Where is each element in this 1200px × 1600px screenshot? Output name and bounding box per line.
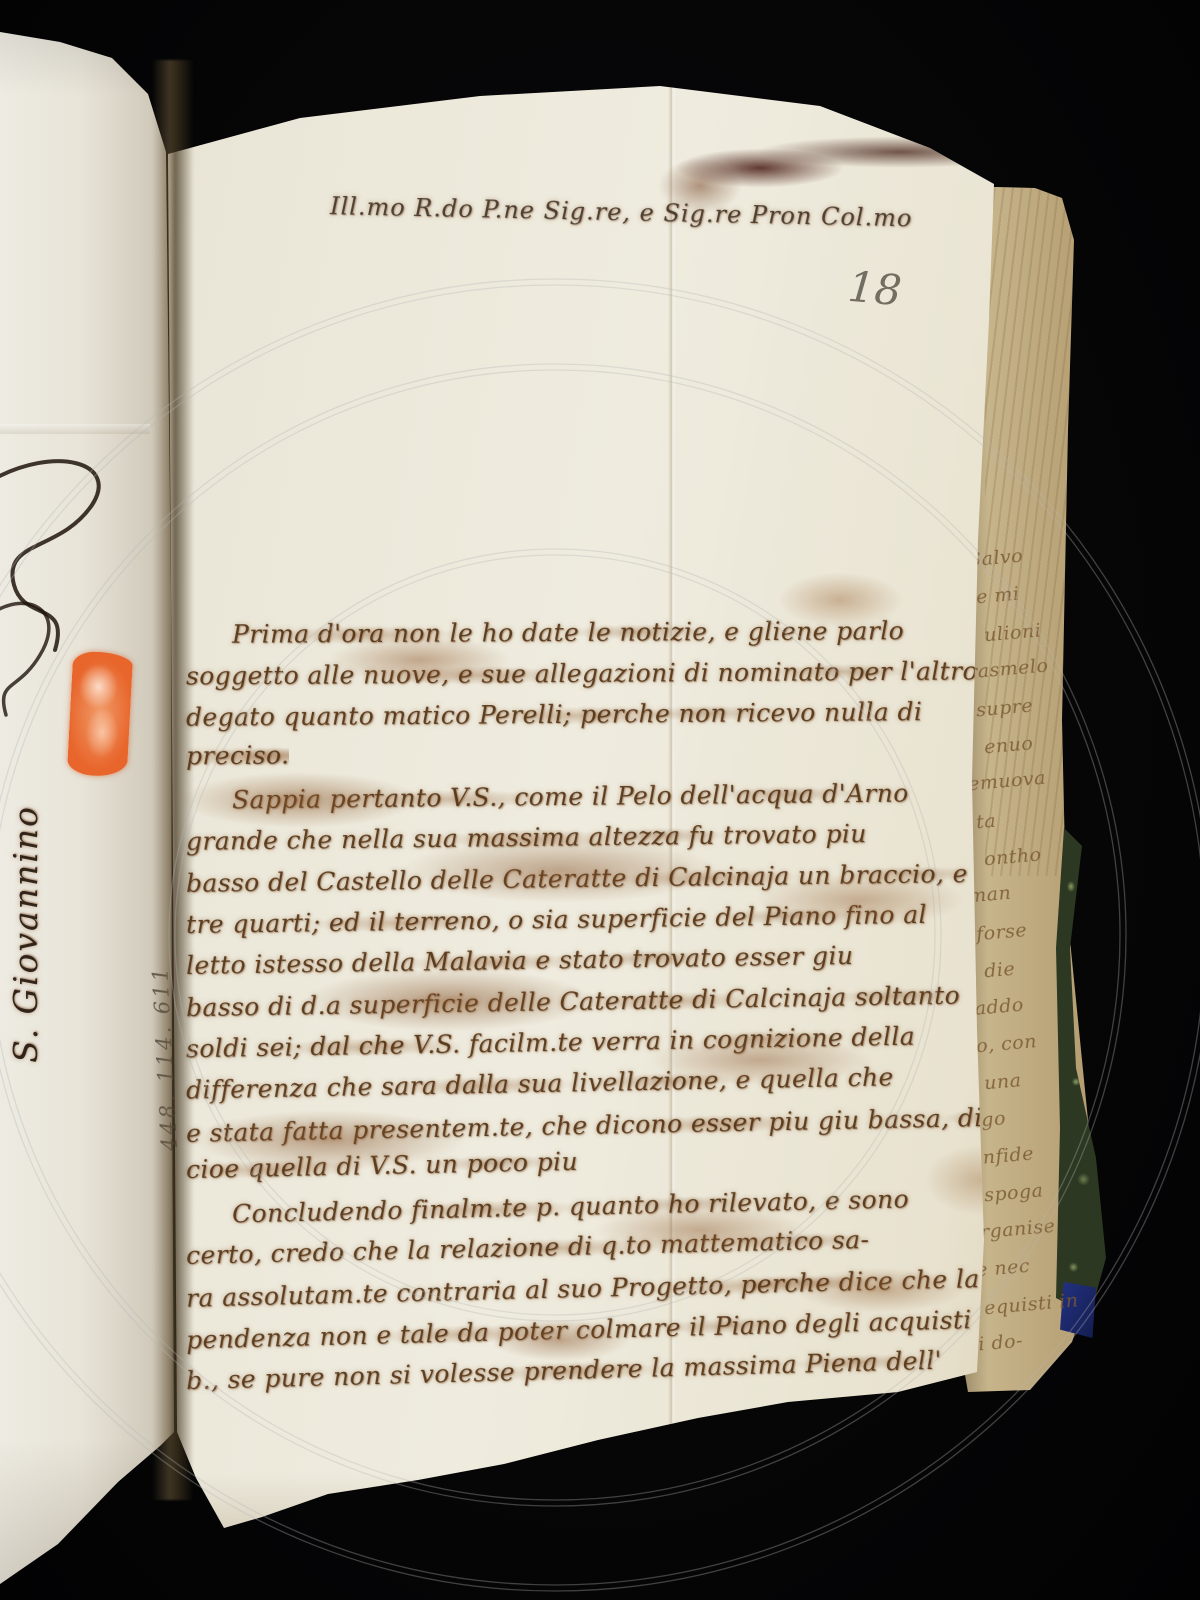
handwritten-line: e stata fatta presentem.te, che dicono e…	[186, 1101, 1087, 1148]
handwritten-line: Concludendo finalm.te p. quanto ho rilev…	[232, 1184, 910, 1228]
handwritten-line: soggetto alle nuove, e sue allegazioni d…	[186, 656, 978, 690]
folio-number: 18	[846, 262, 904, 315]
handwritten-line: ra assolutam.te contraria al suo Progett…	[186, 1264, 980, 1313]
handwritten-line: basso del Castello delle Cateratte di Ca…	[186, 859, 968, 898]
handwritten-line: tre quarti; ed il terreno, o sia superfi…	[186, 900, 927, 939]
book-gutter	[152, 60, 194, 1500]
handwritten-line: basso di d.a superficie delle Cateratte …	[186, 981, 960, 1023]
handwritten-line: cioe quella di V.S. un poco piu	[186, 1147, 578, 1184]
handwritten-line: Sappia pertanto V.S., come il Pelo dell'…	[232, 779, 909, 815]
handwritten-line: differenza che sara dalla sua livellazio…	[186, 1062, 894, 1104]
handwritten-line: soldi sei; dal che V.S. facilm.te verra …	[186, 1022, 915, 1064]
handwritten-line: degato quanto matico Perelli; perche non…	[186, 697, 922, 732]
handwritten-line: letto istesso della Malavia e stato trov…	[186, 941, 854, 980]
photograph-of-bound-manuscript: S. Giovannino 448. 114. 611 Ill.mo R.do …	[0, 0, 1200, 1600]
handwritten-line: Prima d'ora non le ho date le notizie, e…	[232, 616, 904, 649]
handwritten-line: certo, credo che la relazione di q.to ma…	[186, 1225, 870, 1270]
margin-vertical-title: S. Giovannino	[6, 694, 50, 1174]
salutation-line: Ill.mo R.do P.ne Sig.re, e Sig.re Pron C…	[330, 192, 890, 232]
handwritten-line: grande che nella sua massima altezza fu …	[186, 819, 867, 856]
page-fold-crease	[668, 86, 676, 1466]
handwritten-line: preciso.	[186, 741, 290, 771]
handwritten-line: b., se pure non si volesse prendere la m…	[186, 1346, 943, 1396]
wax-seal	[67, 651, 133, 778]
